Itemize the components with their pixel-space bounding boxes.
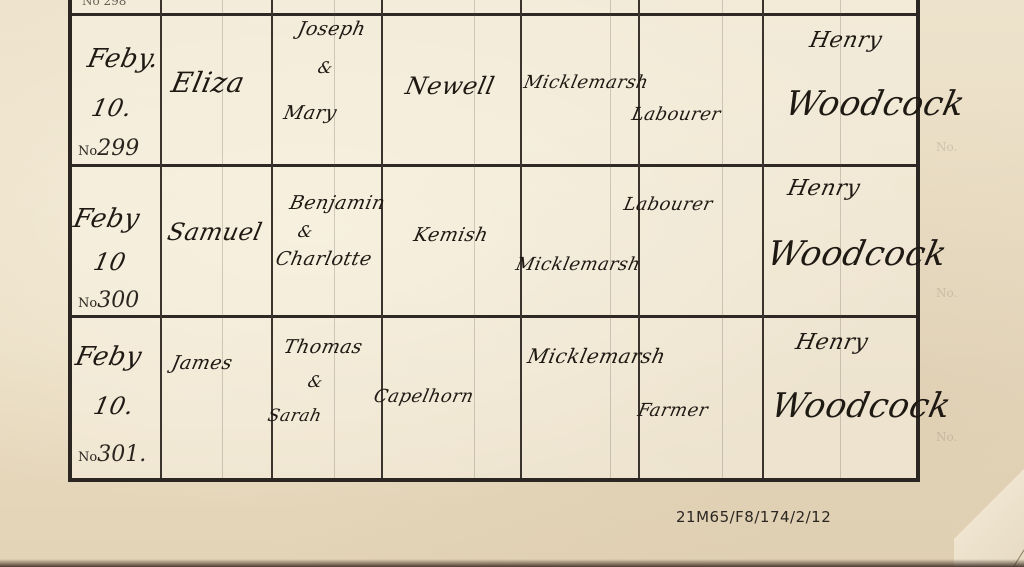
father-name: Thomas (282, 336, 365, 358)
ampersand: & (316, 58, 335, 77)
abode: Micklemarsh (522, 72, 651, 93)
entry-month: Feby. (85, 44, 162, 74)
mother-name: Mary (282, 102, 339, 124)
column-divider (762, 0, 764, 478)
minister-surname: Woodcock (764, 234, 951, 274)
page-corner-curl (954, 457, 1024, 567)
ampersand: & (296, 222, 315, 241)
bleed-through-text: No. (936, 430, 957, 444)
entry-day: 10 (91, 248, 128, 276)
child-name: Samuel (165, 218, 265, 246)
previous-entry-number: No 298 (82, 0, 126, 8)
quality-trade: Labourer (630, 104, 723, 125)
quality-trade: Farmer (636, 400, 710, 421)
bleed-through-text: No. (936, 140, 957, 154)
entry-day: 10. (89, 94, 135, 122)
abode: Micklemarsh (525, 344, 668, 368)
mother-name: Charlotte (274, 248, 374, 270)
faint-guide-line (334, 0, 335, 478)
father-name: Joseph (296, 18, 368, 40)
entry-number: No300 (78, 288, 139, 313)
row-divider (72, 164, 916, 167)
entry-month: Feby (71, 204, 143, 234)
entry-number: No299 (78, 136, 139, 161)
quality-trade: Labourer (622, 194, 715, 215)
minister-first-name: Henry (807, 28, 884, 53)
mother-name: Sarah (266, 406, 324, 426)
archive-reference: 21M65/F8/174/2/12 (676, 508, 831, 526)
bleed-through-text: No. (936, 286, 957, 300)
page-bottom-edge (0, 559, 1024, 567)
abode: Micklemarsh (514, 254, 643, 275)
minister-first-name: Henry (785, 176, 862, 201)
parents-surname: Newell (403, 72, 497, 100)
minister-surname: Woodcock (782, 84, 969, 124)
father-name: Benjamin (288, 192, 388, 214)
minister-surname: Woodcock (768, 386, 955, 426)
entry-day: 10. (91, 392, 137, 420)
parents-surname: Capelhorn (372, 386, 476, 407)
minister-first-name: Henry (793, 330, 870, 355)
baptism-register-table: No 298 Feby. 10. No299 Eliza Joseph & Ma… (68, 0, 920, 482)
row-divider (72, 315, 916, 318)
faint-guide-line (722, 0, 723, 478)
child-name: James (170, 352, 235, 374)
row-divider (72, 13, 916, 16)
parents-surname: Kemish (412, 224, 491, 246)
child-name: Eliza (168, 66, 247, 99)
column-divider (160, 0, 162, 478)
column-divider (520, 0, 522, 478)
entry-month: Feby (73, 342, 145, 372)
ampersand: & (306, 372, 325, 391)
entry-number: No301. (78, 442, 146, 467)
